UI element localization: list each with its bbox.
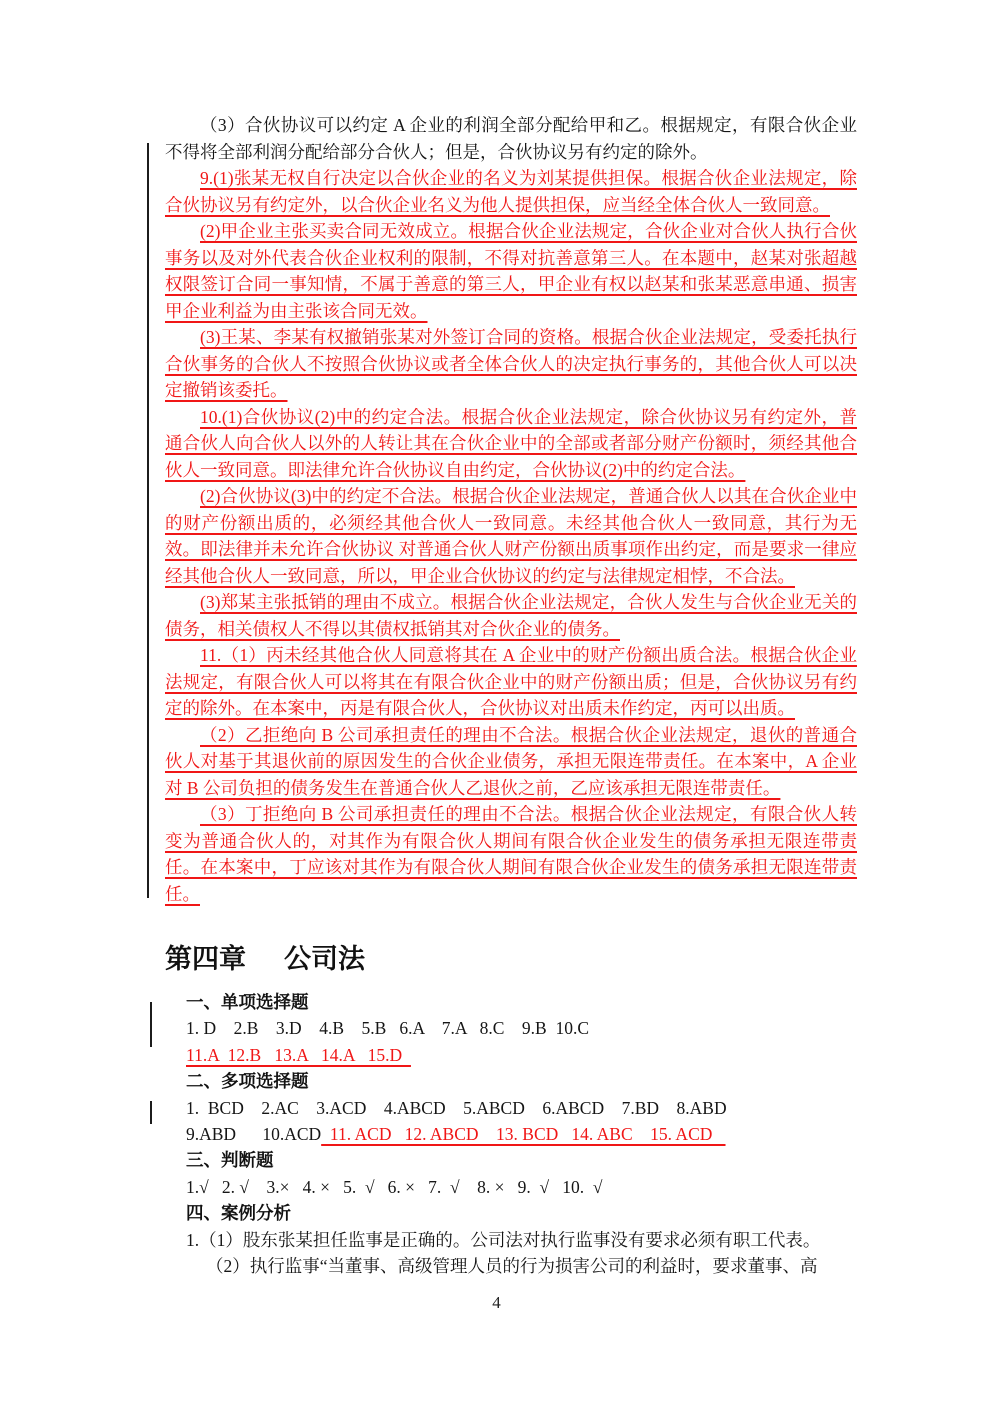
true-false-answers-row: 1.√ 2. √ 3.× 4. × 5. √ 6. × 7. √ 8. × 9.… — [186, 1174, 857, 1200]
answer-paragraph-11-3: （3）丁拒绝向 B 公司承担责任的理由不合法。根据合伙企业法规定，有限合伙人转变… — [165, 801, 857, 907]
answer-paragraph-9-2: (2)甲企业主张买卖合同无效成立。根据合伙企业法规定，合伙企业对合伙人执行合伙事… — [165, 218, 857, 324]
single-choice-answers-row-1: 1. D 2.B 3.D 4.B 5.B 6.A 7.A 8.C 9.B 10.… — [186, 1015, 857, 1041]
document-page: （3）合伙协议可以约定 A 企业的利润全部分配给甲和乙。根据规定，有限合伙企业不… — [0, 0, 993, 1404]
answer-paragraph-11-2: （2）乙拒绝向 B 公司承担责任的理由不合法。根据合伙企业法规定，退伙的普通合伙… — [165, 722, 857, 802]
answer-paragraph-9-1: 9.(1)张某无权自行决定以合伙企业的名义为刘某提供担保。根据合伙企业法规定，除… — [165, 165, 857, 218]
answer-paragraph-11-1: 11.（1）丙未经其他合伙人同意将其在 A 企业中的财产份额出质合法。根据合伙企… — [165, 642, 857, 722]
answers-block: 一、单项选择题 1. D 2.B 3.D 4.B 5.B 6.A 7.A 8.C… — [165, 989, 857, 1279]
answer-paragraph-9-3: (3)王某、李某有权撤销张某对外签订合同的资格。根据合伙企业法规定，受委托执行合… — [165, 324, 857, 404]
section-heading-true-false: 三、判断题 — [186, 1147, 857, 1173]
page-content: （3）合伙协议可以约定 A 企业的利润全部分配给甲和乙。根据规定，有限合伙企业不… — [165, 112, 857, 1279]
section-heading-single-choice: 一、单项选择题 — [186, 989, 857, 1015]
answer-paragraph-10-1: 10.(1)合伙协议(2)中的约定合法。根据合伙企业法规定，除合伙协议另有约定外… — [165, 404, 857, 484]
section-heading-case-analysis: 四、案例分析 — [186, 1200, 857, 1226]
multi-choice-answers-row-2: 9.ABD 10.ACD 11. ACD 12. ABCD 13. BCD 14… — [186, 1121, 857, 1147]
intro-paragraph: （3）合伙协议可以约定 A 企业的利润全部分配给甲和乙。根据规定，有限合伙企业不… — [165, 112, 857, 165]
page-number: 4 — [0, 1293, 993, 1313]
case-analysis-line-1: 1.（1）股东张某担任监事是正确的。公司法对执行监事没有要求必须有职工代表。 — [186, 1227, 857, 1253]
revision-change-bar — [150, 1002, 152, 1047]
multi-choice-answers-row-2-black: 9.ABD 10.ACD — [186, 1124, 321, 1144]
revision-change-bar — [150, 1101, 152, 1124]
chapter-title: 公司法 — [284, 944, 365, 974]
answer-paragraph-10-3: (3)郑某主张抵销的理由不成立。根据合伙企业法规定，合伙人发生与合伙企业无关的债… — [165, 589, 857, 642]
answer-paragraph-10-2: (2)合伙协议(3)中的约定不合法。根据合伙企业法规定，普通合伙人以其在合伙企业… — [165, 483, 857, 589]
case-analysis-line-2: （2）执行监事“当董事、高级管理人员的行为损害公司的利益时，要求董事、高 — [186, 1253, 857, 1279]
chapter-number: 第四章 — [165, 944, 246, 974]
single-choice-answers-row-2-revised: 11.A 12.B 13.A 14.A 15.D — [186, 1045, 411, 1065]
revision-change-bar — [147, 143, 149, 898]
multi-choice-answers-row-2-revised: 11. ACD 12. ABCD 13. BCD 14. ABC 15. ACD — [321, 1124, 725, 1144]
chapter-heading: 第四章公司法 — [165, 941, 857, 977]
section-heading-multi-choice: 二、多项选择题 — [186, 1068, 857, 1094]
multi-choice-answers-row-1: 1. BCD 2.AC 3.ACD 4.ABCD 5.ABCD 6.ABCD 7… — [186, 1095, 857, 1121]
